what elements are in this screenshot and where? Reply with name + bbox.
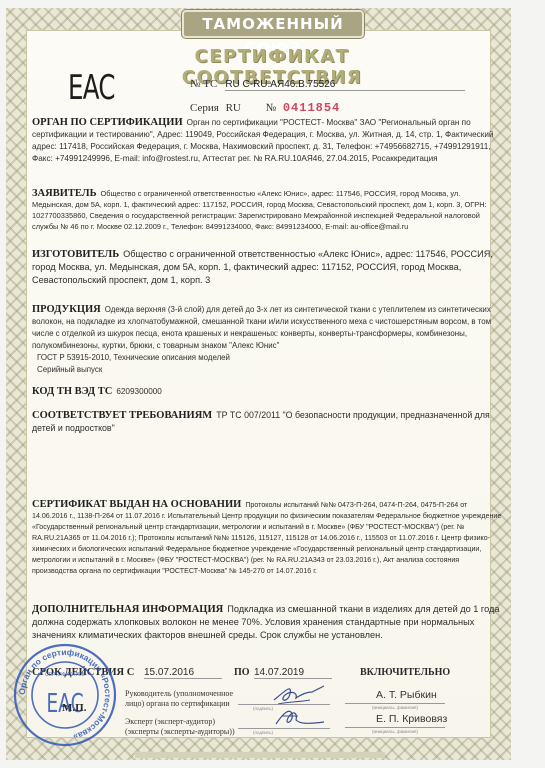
section-applicant: ЗАЯВИТЕЛЬОбщество с ограниченной ответст…	[32, 188, 502, 232]
inclusive-label: ВКЛЮЧИТЕЛЬНО	[360, 667, 450, 678]
number-label: №	[266, 102, 277, 114]
expert-signer-name: Е. П. Кривовяз	[376, 713, 447, 725]
section-text: Общество с ограниченной ответственностью…	[32, 189, 487, 231]
section-heading: ОРГАН ПО СЕРТИФИКАЦИИ	[32, 117, 183, 128]
head-name-line	[345, 703, 445, 704]
section-text: Протоколы испытаний №№ 0473-П-264, 0474-…	[32, 501, 501, 575]
section-heading: ДОПОЛНИТЕЛЬНАЯ ИНФОРМАЦИЯ	[32, 604, 223, 615]
section-heading: ИЗГОТОВИТЕЛЬ	[32, 249, 119, 260]
head-signer-label: Руководитель (уполномоченное лицо) орган…	[125, 689, 233, 709]
section-heading: СООТВЕТСТВУЕТ ТРЕБОВАНИЯМ	[32, 410, 212, 421]
seal-place-label: М.П.	[62, 702, 86, 714]
valid-to-label: ПО	[234, 667, 250, 678]
section-heading: КОД ТН ВЭД ТС	[32, 386, 112, 397]
expert-name-caption: (инициалы, фамилия)	[345, 729, 445, 734]
eac-logo-icon: EAC	[68, 68, 115, 108]
expert-signer-label: Эксперт (эксперт-аудитор) (эксперты (экс…	[125, 717, 235, 737]
section-heading: СЕРТИФИКАТ ВЫДАН НА ОСНОВАНИИ	[32, 499, 241, 510]
expert-label-line2: (эксперты (эксперты-аудиторы))	[125, 727, 235, 737]
expert-signature-caption: (подпись)	[238, 730, 288, 735]
serial-number: 0411854	[283, 101, 340, 115]
section-product: ПРОДУКЦИЯОдежда верхняя (3-й слой) для д…	[32, 304, 502, 376]
certification-stamp-icon: Орган по сертификации «Ростест-Москва» С…	[10, 640, 120, 750]
section-basis: СЕРТИФИКАТ ВЫДАН НА ОСНОВАНИИПротоколы и…	[32, 499, 502, 577]
product-release: Серийный выпуск	[32, 364, 502, 376]
tc-number-value: RU C-RU.АЯ46.В.75526	[225, 79, 465, 91]
tc-number-label: № ТС	[190, 78, 217, 90]
valid-from-date: 15.07.2016	[144, 667, 222, 679]
head-signer-name: А. Т. Рыбкин	[376, 689, 437, 701]
section-manufacturer: ИЗГОТОВИТЕЛЬОбщество с ограниченной отве…	[32, 248, 502, 287]
section-certification-body: ОРГАН ПО СЕРТИФИКАЦИИОрган по сертификац…	[32, 117, 502, 165]
expert-name-line	[345, 727, 445, 728]
svg-text:СЕРТИФИКАТОВ: СЕРТИФИКАТОВ	[45, 672, 86, 678]
expert-label-line1: Эксперт (эксперт-аудитор)	[125, 717, 235, 727]
series-label: Серия	[190, 102, 219, 114]
section-hs-code: КОД ТН ВЭД ТС6209300000	[32, 386, 502, 398]
head-signature-line	[238, 704, 330, 705]
series-value: RU	[226, 102, 241, 114]
section-heading: ПРОДУКЦИЯ	[32, 304, 101, 315]
series-row: Серия RU № 0411854	[190, 101, 340, 115]
product-standard: ГОСТ Р 53915-2010, Технические описания …	[32, 352, 502, 364]
footer-print-strip	[135, 752, 385, 758]
valid-to-date: 14.07.2019	[254, 667, 332, 679]
customs-union-banner: ТАМОЖЕННЫЙ СОЮЗ	[182, 10, 364, 38]
head-label-line2: лицо) органа по сертификации	[125, 699, 233, 709]
head-signature-caption: (подпись)	[238, 706, 288, 711]
section-conforms: СООТВЕТСТВУЕТ ТРЕБОВАНИЯМТР ТС 007/2011 …	[32, 409, 502, 435]
section-heading: ЗАЯВИТЕЛЬ	[32, 188, 97, 199]
section-text: 6209300000	[116, 387, 162, 396]
tc-number-row: № ТСRU C-RU.АЯ46.В.75526	[190, 78, 465, 91]
expert-signature-line	[238, 728, 330, 729]
head-label-line1: Руководитель (уполномоченное	[125, 689, 233, 699]
section-additional-info: ДОПОЛНИТЕЛЬНАЯ ИНФОРМАЦИЯПодкладка из см…	[32, 603, 502, 642]
head-name-caption: (инициалы, фамилия)	[345, 705, 445, 710]
